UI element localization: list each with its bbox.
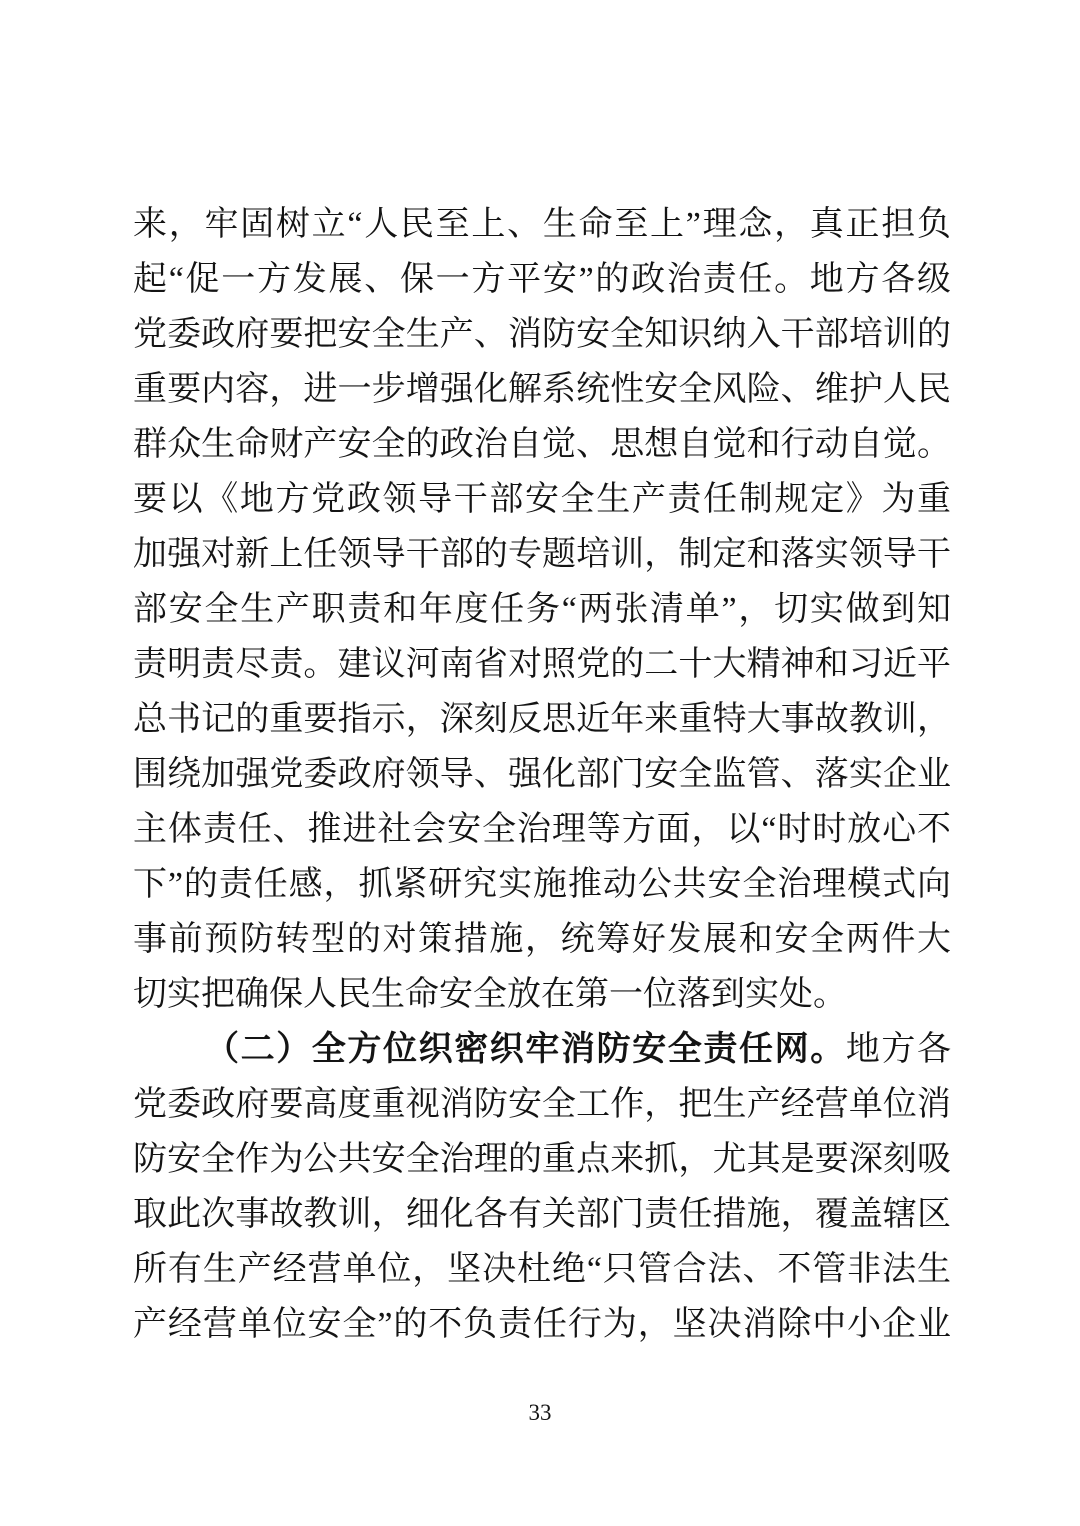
text-line: 下”的责任感，抓紧研究实施推动公共安全治理模式向 xyxy=(133,857,951,912)
text-line: 责明责尽责。建议河南省对照党的二十大精神和习近平 xyxy=(133,637,951,692)
text-line: 要以《地方党政领导干部安全生产责任制规定》为重点， xyxy=(133,472,951,527)
text-line: 党委政府要高度重视消防安全工作，把生产经营单位消 xyxy=(133,1077,951,1132)
section-heading: （二）全方位织密织牢消防安全责任网。 xyxy=(205,1031,846,1068)
text-line: 取此次事故教训，细化各有关部门责任措施，覆盖辖区 xyxy=(133,1187,951,1242)
text-line: 切实把确保人民生命安全放在第一位落到实处。 xyxy=(133,967,951,1022)
text-line: 部安全生产职责和年度任务“两张清单”，切实做到知 xyxy=(133,582,951,637)
text-line: 事前预防转型的对策措施，统筹好发展和安全两件大事， xyxy=(133,912,951,967)
text-line: 所有生产经营单位，坚决杜绝“只管合法、不管非法生 xyxy=(133,1242,951,1297)
body-text: 来，牢固树立“人民至上、生命至上”理念，真正担负 起“促一方发展、保一方平安”的… xyxy=(133,197,951,1352)
text-line: 主体责任、推进社会安全治理等方面，以“时时放心不 xyxy=(133,802,951,857)
text-line: 党委政府要把安全生产、消防安全知识纳入干部培训的 xyxy=(133,307,951,362)
document-page: 来，牢固树立“人民至上、生命至上”理念，真正担负 起“促一方发展、保一方平安”的… xyxy=(0,0,1080,1526)
text-line: 产经营单位安全”的不负责任行为，坚决消除中小企业 xyxy=(133,1297,951,1352)
text-line: 防安全作为公共安全治理的重点来抓，尤其是要深刻吸 xyxy=(133,1132,951,1187)
text-line: 总书记的重要指示，深刻反思近年来重特大事故教训， xyxy=(133,692,951,747)
page-number: 33 xyxy=(0,1398,1080,1428)
text-line: 群众生命财产安全的政治自觉、思想自觉和行动自觉。 xyxy=(133,417,951,472)
text-line-section-start: （二）全方位织密织牢消防安全责任网。地方各级 xyxy=(133,1022,951,1077)
text-line: 加强对新上任领导干部的专题培训，制定和落实领导干 xyxy=(133,527,951,582)
text-line: 围绕加强党委政府领导、强化部门安全监管、落实企业 xyxy=(133,747,951,802)
text-line: 重要内容，进一步增强化解系统性安全风险、维护人民 xyxy=(133,362,951,417)
text-line: 来，牢固树立“人民至上、生命至上”理念，真正担负 xyxy=(133,197,951,252)
text-line: 起“促一方发展、保一方平安”的政治责任。地方各级 xyxy=(133,252,951,307)
